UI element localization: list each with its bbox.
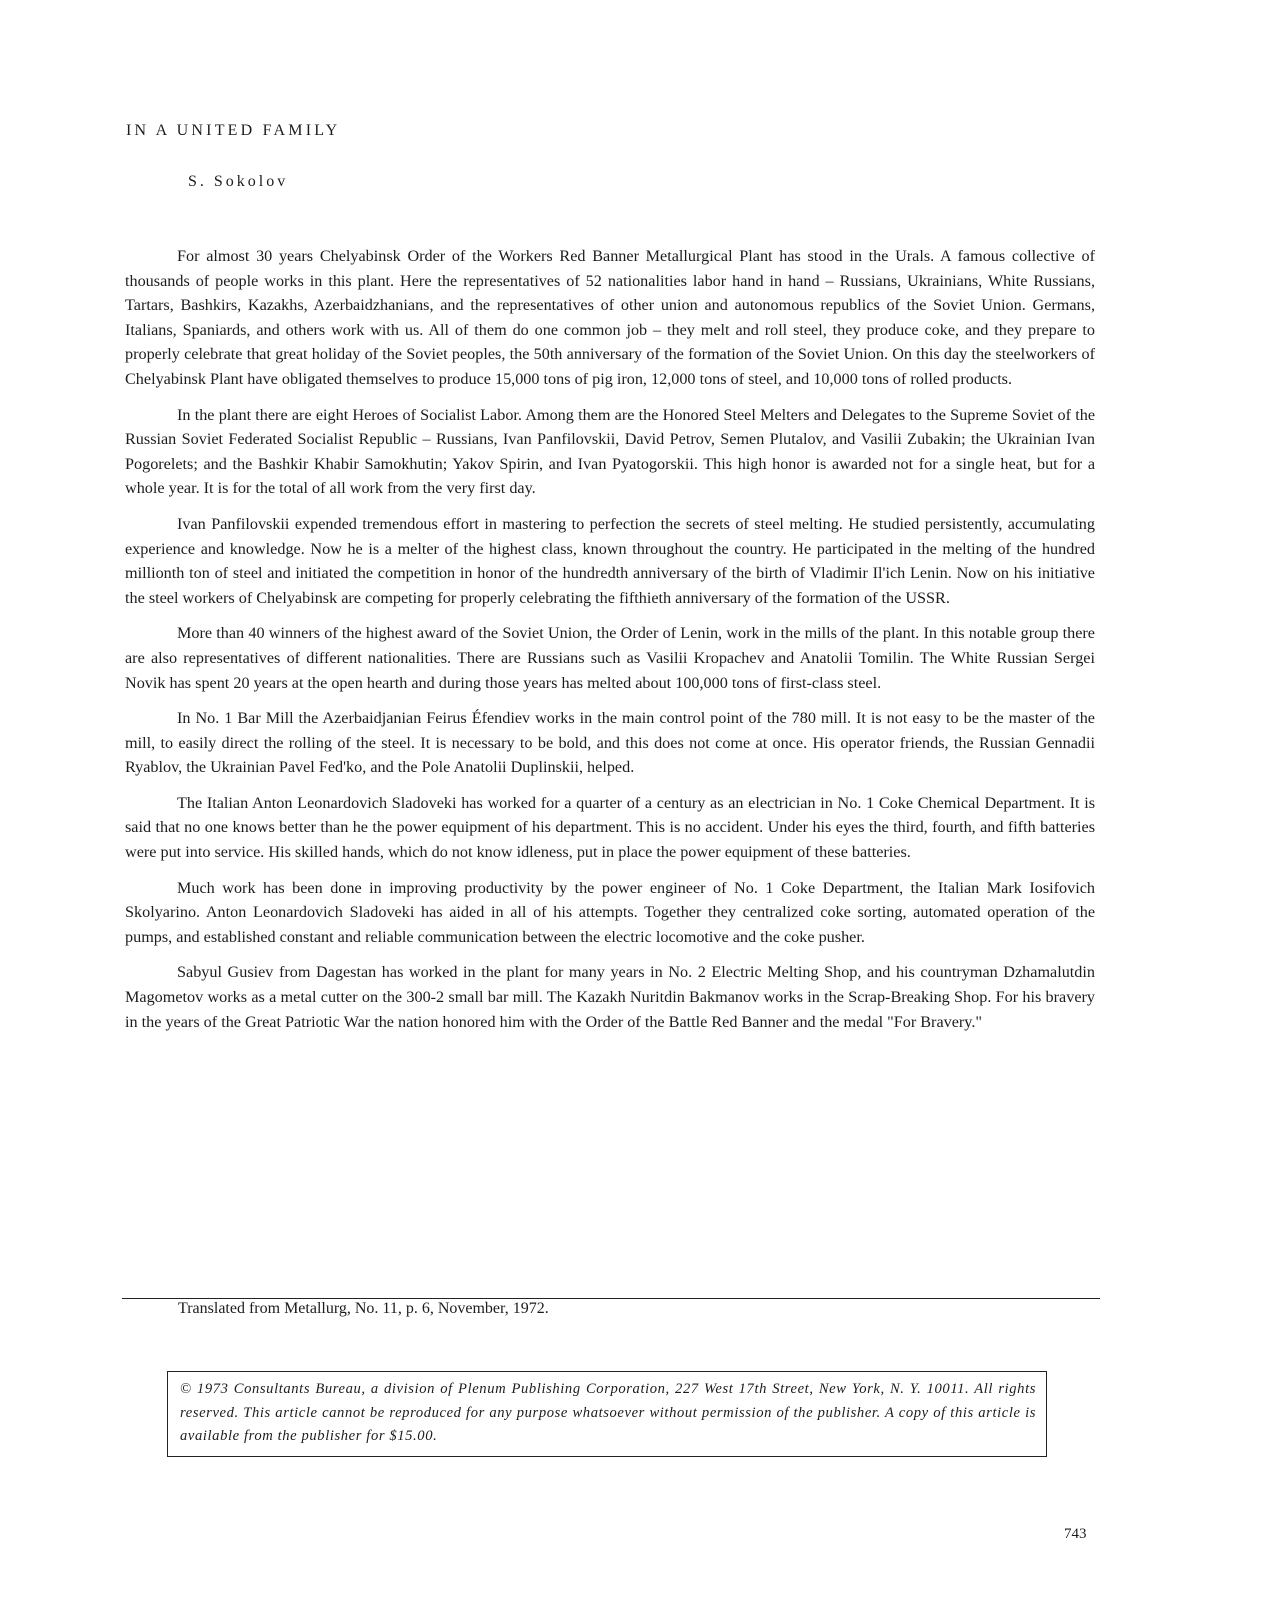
document-page: IN A UNITED FAMILY S. Sokolov For almost… [0, 0, 1267, 1613]
article-title: IN A UNITED FAMILY [126, 122, 340, 140]
article-body: For almost 30 years Chelyabinsk Order of… [125, 244, 1095, 1045]
page-number: 743 [1064, 1526, 1087, 1543]
paragraph: Much work has been done in improving pro… [125, 876, 1095, 950]
paragraph: Sabyul Gusiev from Dagestan has worked i… [125, 960, 1095, 1034]
paragraph: In the plant there are eight Heroes of S… [125, 403, 1095, 501]
paragraph: For almost 30 years Chelyabinsk Order of… [125, 244, 1095, 392]
copyright-text: © 1973 Consultants Bureau, a division of… [180, 1381, 1036, 1444]
copyright-notice-box: © 1973 Consultants Bureau, a division of… [167, 1371, 1047, 1457]
footnote-divider [122, 1298, 1100, 1299]
paragraph: More than 40 winners of the highest awar… [125, 621, 1095, 695]
translation-source-note: Translated from Metallurg, No. 11, p. 6,… [178, 1300, 549, 1318]
article-author: S. Sokolov [188, 173, 288, 191]
paragraph: The Italian Anton Leonardovich Sladoveki… [125, 791, 1095, 865]
paragraph: Ivan Panfilovskii expended tremendous ef… [125, 512, 1095, 610]
paragraph: In No. 1 Bar Mill the Azerbaidjanian Fei… [125, 706, 1095, 780]
